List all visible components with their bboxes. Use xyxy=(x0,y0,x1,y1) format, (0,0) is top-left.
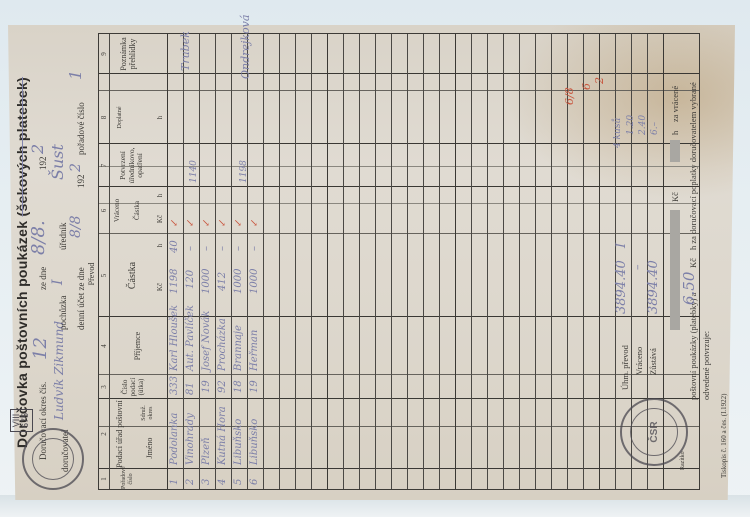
col9-note-2: Ondrejková xyxy=(239,15,252,79)
col-label-prijemce: Příjemce xyxy=(133,317,142,375)
col-sub-h: h xyxy=(156,234,164,257)
pochuzka-label: pochůzka xyxy=(58,296,68,330)
row-1-h: 40 xyxy=(169,240,180,253)
zustava-label: Zůstává xyxy=(648,348,658,375)
poradove-label: pořadové číslo xyxy=(76,102,86,155)
col-label-castka: Částka xyxy=(127,234,139,317)
issue-date: 8/8. xyxy=(28,220,49,255)
row-1-podaci: 333 xyxy=(169,376,180,395)
col-sub-vraceno-kc: Kč xyxy=(156,204,164,234)
row-6-office: Libuňsko xyxy=(249,419,260,465)
row-1-recipient: Karl Hloušek xyxy=(169,305,180,371)
redacted-bar-2 xyxy=(670,140,680,162)
col-label-vraceno: Vráceno xyxy=(113,187,121,234)
red-mark-3: 2 xyxy=(593,77,606,84)
side-calc-3: 2.40 xyxy=(638,115,648,135)
row-2-recipient: Aut. Pavlíček xyxy=(185,305,196,371)
red-mark-2: 6 xyxy=(580,83,593,90)
side-calc-1: 4 kusů xyxy=(613,118,623,148)
postmark-right: ČSR xyxy=(620,398,688,466)
col-num-4: 4 xyxy=(100,317,108,375)
vraceno-value: – xyxy=(631,265,644,271)
uhm-prevod-mark: I xyxy=(614,243,629,248)
side-calc-4: 6.– xyxy=(650,122,660,135)
col-num-1: 1 xyxy=(100,469,108,489)
red-mark-1: 6/8 xyxy=(563,87,576,105)
col9-note-1: Trubek xyxy=(179,31,192,71)
col-num-8: 8 xyxy=(100,91,108,144)
col-label-cislo-podaci: Číslo podací (útka) xyxy=(121,375,145,399)
row-4-amount: 412 xyxy=(217,272,228,291)
col-sub-vraceno-h: h xyxy=(156,187,164,204)
footer-line-1b: h za doručovací poplatky doručovatelem v… xyxy=(688,82,698,250)
pochuzka-value: I xyxy=(50,279,66,285)
row-4-h: – xyxy=(217,246,228,251)
footer-line-2: odvedené potvrzuje: xyxy=(701,331,711,400)
box-stamp: VIII 675 xyxy=(10,409,33,432)
printer-note: Tiskopis č. 160 a čes. (I.1922) xyxy=(720,393,728,478)
col-label-potvrzeni: Potvrzení úředníkovo, opatření xyxy=(119,144,145,187)
row-5-amount: 1000 xyxy=(233,269,244,294)
row-6-recipient: Heřman xyxy=(249,330,260,371)
row-5-recipient: Brannaje xyxy=(233,325,244,371)
ucet-date: 8/8 xyxy=(68,215,84,238)
stamp-label: Razítko xyxy=(680,451,686,470)
row-6-amount: 1000 xyxy=(249,269,260,294)
carrier-name: Ludvík Zikmund xyxy=(52,321,66,420)
year-1: 2 xyxy=(28,144,47,154)
year-label-2: 192 xyxy=(76,175,86,189)
row-2-amount: 120 xyxy=(185,270,196,289)
ucet-label: denní účet ze dne xyxy=(76,267,86,330)
col-label-poradove: Pořadové číslo xyxy=(121,469,135,489)
row-3-recipient: Josef Novák xyxy=(201,311,212,371)
row-1-office: Podolanka xyxy=(169,413,180,465)
postal-form-photo: Doručovka poštovních poukázek (šekových … xyxy=(8,25,735,500)
row-3-office: Plzeň xyxy=(201,437,212,465)
col-sub-jmeno: Jméno xyxy=(145,427,154,469)
postmark-left xyxy=(22,428,84,490)
col-sub-doplatne-h: h xyxy=(156,91,164,144)
prevod-label: Převod xyxy=(87,234,96,314)
row-5-num: 5 xyxy=(233,479,244,485)
row-3-h: – xyxy=(201,246,212,251)
footer-line-1a: poštovní poukázky (platebky) a xyxy=(688,293,698,400)
row-6-h: – xyxy=(249,246,260,251)
col-sub-kc: Kč xyxy=(156,257,164,317)
footer-kc-value: 6.50 xyxy=(680,272,698,305)
row-5-h: – xyxy=(233,246,244,251)
col-num-2: 2 xyxy=(100,399,108,469)
col-label-doplatne: Doplatné xyxy=(117,91,124,144)
zustava-value: 3894.40 xyxy=(646,260,661,314)
summary-vracene-label: za vrácené xyxy=(670,86,680,122)
row-4-num: 4 xyxy=(217,479,228,485)
col-label-podaci-urad: Podací úřad poštovní xyxy=(115,399,124,469)
footer-kc: Kč xyxy=(688,258,698,268)
col-num-5: 5 xyxy=(100,234,108,317)
col7-note-2: 1198 xyxy=(239,160,249,183)
summary-kc-label: Kč xyxy=(670,192,680,202)
delivery-table: Převod 1 2 3 4 5 6 7 8 9 Pořadové číslo … xyxy=(98,33,700,490)
col-num-7: 7 xyxy=(100,144,108,187)
row-4-podaci: 92 xyxy=(217,380,228,393)
year-label-1: 192 xyxy=(38,157,48,171)
urednik-signature: Šust xyxy=(48,144,67,180)
row-3-amount: 1000 xyxy=(201,269,212,294)
row-2-h: – xyxy=(185,246,196,251)
col7-note-1: 1140 xyxy=(189,160,199,183)
ze-dne-label: ze dne xyxy=(38,267,48,290)
side-calc-2: 1.20 xyxy=(626,115,636,135)
row-1-num: 1 xyxy=(169,479,180,485)
row-6-podaci: 19 xyxy=(249,380,260,393)
year-2: 2 xyxy=(68,163,84,172)
col-num-3: 3 xyxy=(100,375,108,399)
row-3-num: 3 xyxy=(201,479,212,485)
row-5-office: Libuňsko xyxy=(233,419,244,465)
urednik-label: úředník xyxy=(58,223,68,251)
row-2-office: Vinohrady xyxy=(185,413,196,465)
uhm-prevod-value: 3894.40 xyxy=(614,260,629,314)
row-4-recipient: Procházka xyxy=(217,318,228,371)
row-2-num: 2 xyxy=(185,479,196,485)
uhm-prevod-label: Úhm. převod xyxy=(620,345,630,390)
poradove-number: 1 xyxy=(66,70,85,80)
row-6-num: 6 xyxy=(249,479,260,485)
col-label-poznamka: Poznámka přehlídky xyxy=(119,34,137,74)
col-num-9: 9 xyxy=(100,34,108,74)
district-number: 12 xyxy=(30,337,51,360)
row-5-podaci: 18 xyxy=(233,380,244,393)
row-3-podaci: 19 xyxy=(201,380,212,393)
vraceno-label: Vráceno xyxy=(634,347,644,375)
redacted-bar-1 xyxy=(670,210,680,330)
row-4-office: Kutná Hora xyxy=(217,406,228,465)
col-label-vraceno-castka: Částka xyxy=(133,187,141,234)
col-num-6: 6 xyxy=(100,187,108,234)
postmark-right-text: ČSR xyxy=(649,400,660,464)
row-2-podaci: 81 xyxy=(185,382,196,395)
col-sub-okres: Sdruž. okres xyxy=(141,399,155,427)
row-1-amount: 1198 xyxy=(169,269,180,294)
box-stamp-bottom: 675 xyxy=(21,413,30,428)
summary-h-label: h xyxy=(670,131,680,135)
